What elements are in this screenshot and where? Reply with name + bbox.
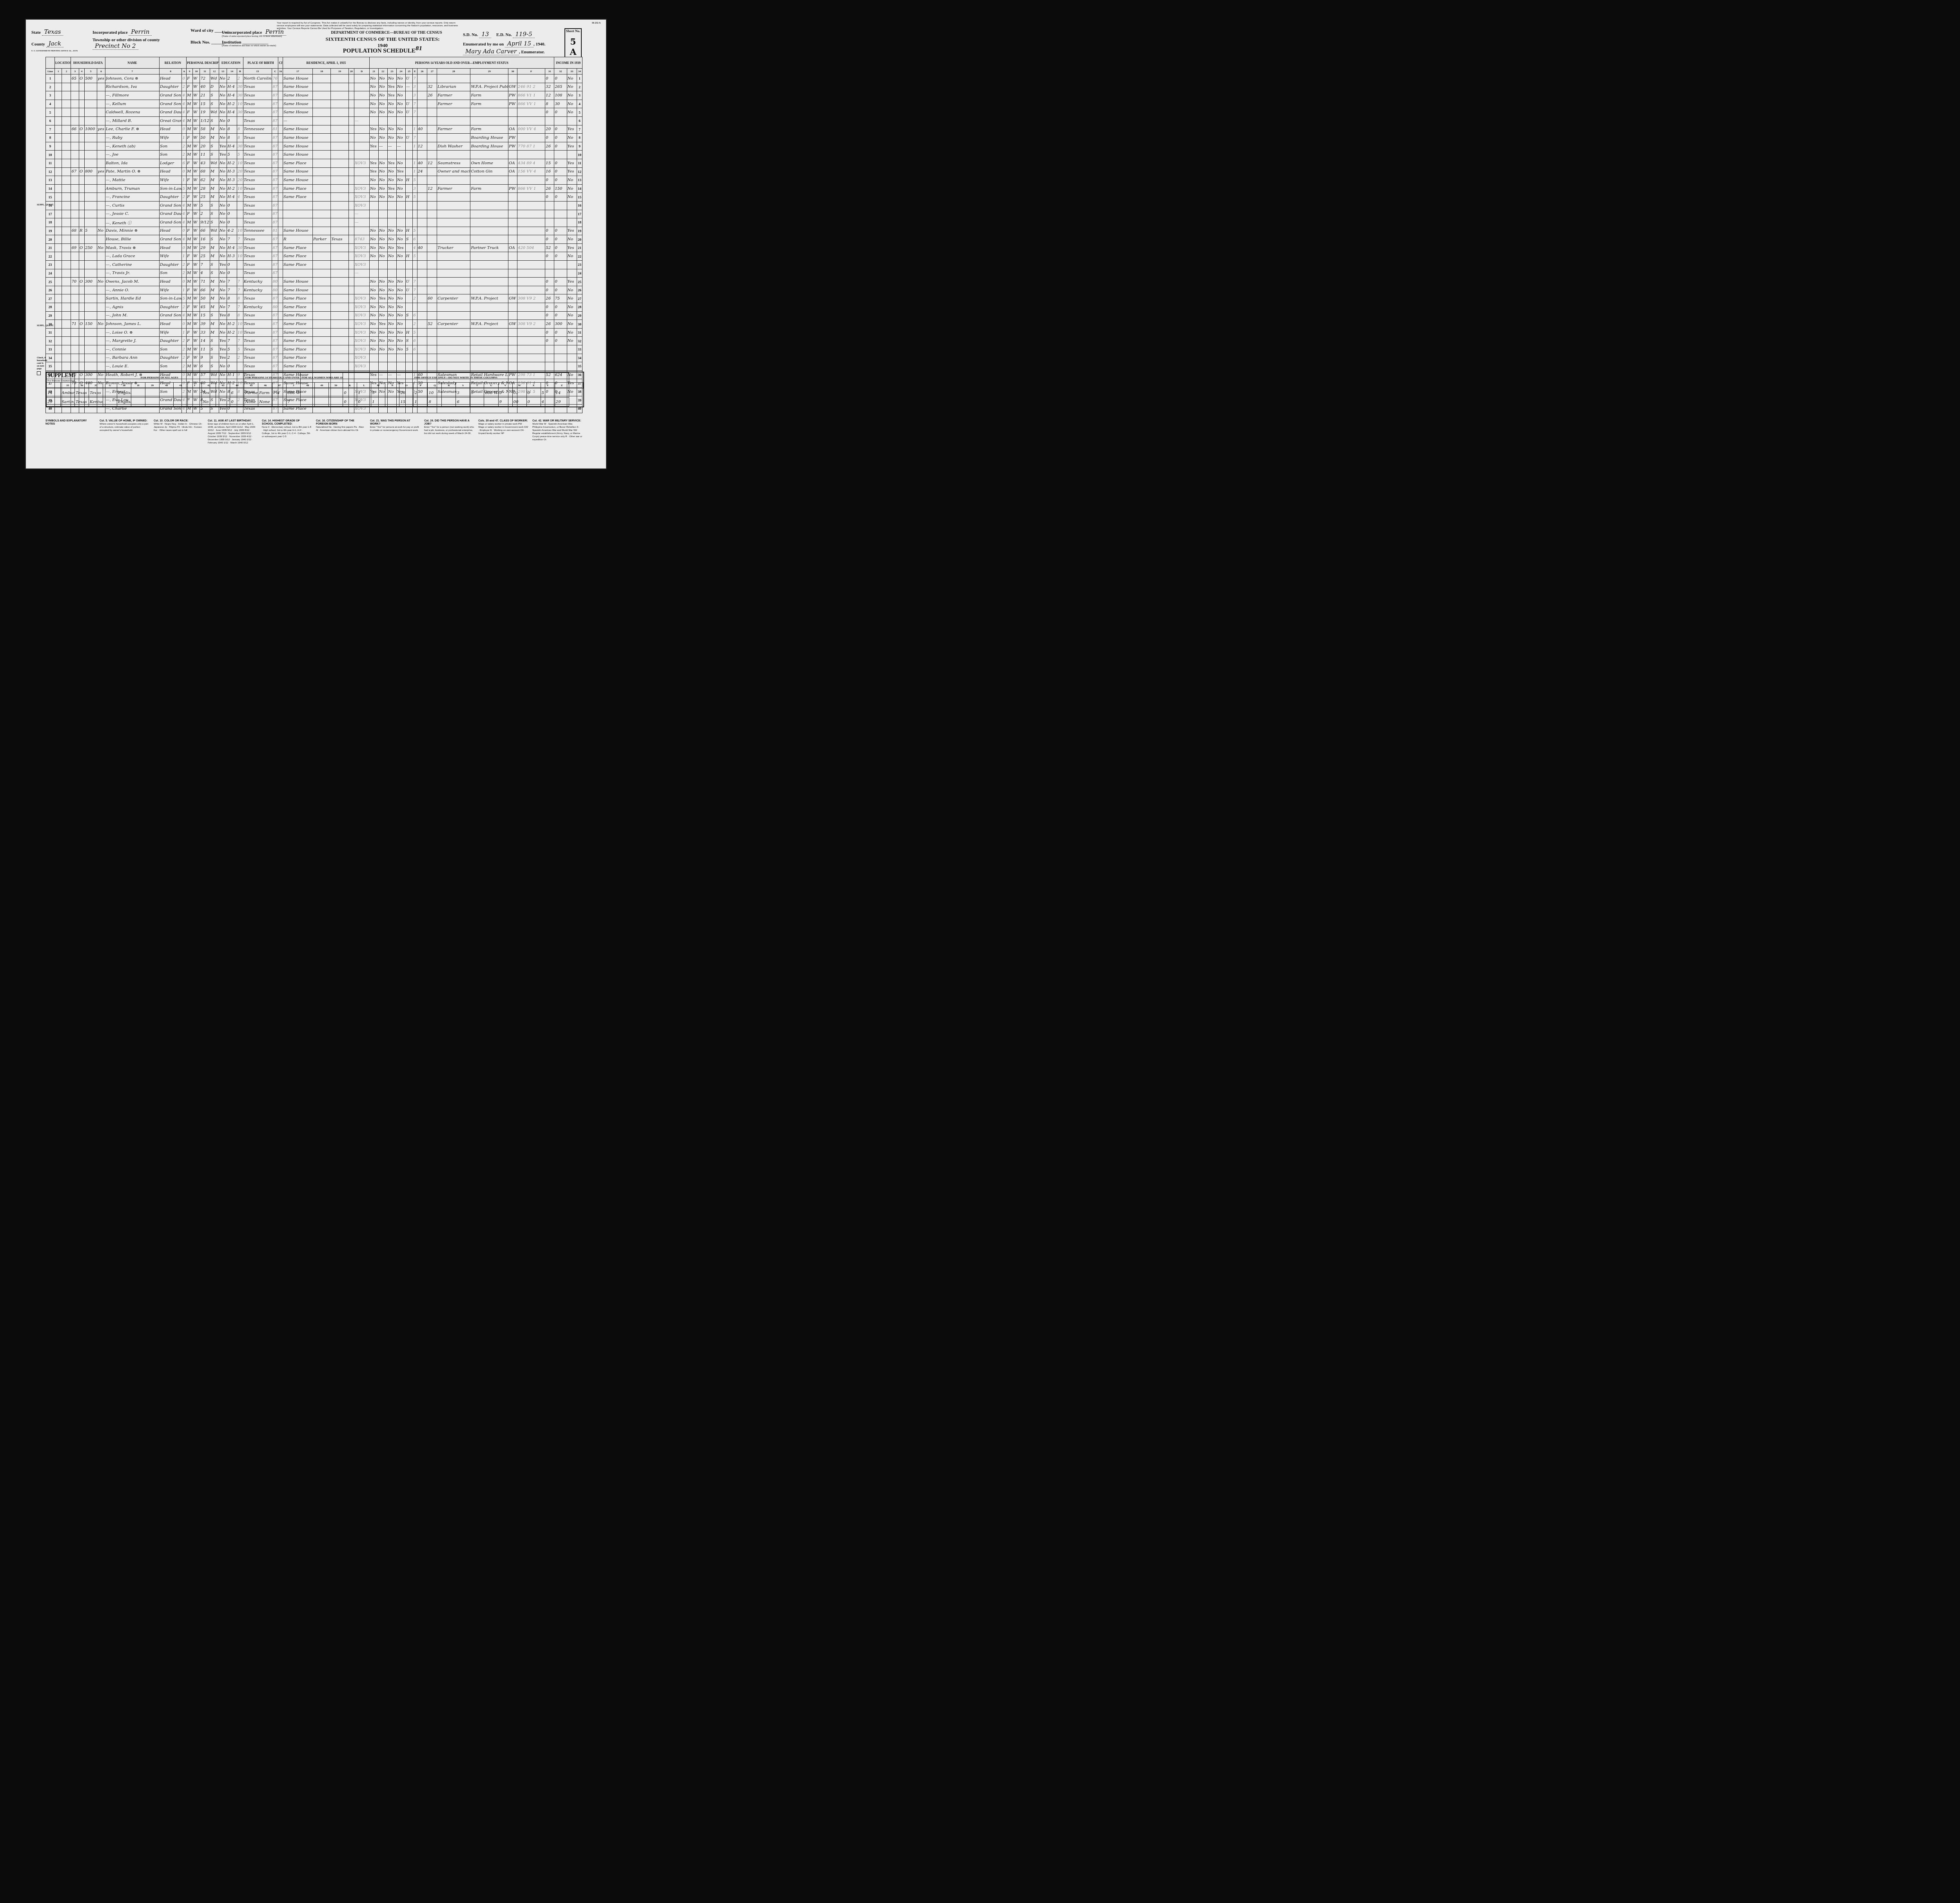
cell-d <box>354 227 369 235</box>
cell-blank <box>55 116 62 125</box>
cell-farm: yes <box>97 74 105 83</box>
cell-f: 000 VV 4 <box>517 125 545 134</box>
cell-e: 1 <box>413 167 417 176</box>
cell-rel: Grand Daughter <box>159 210 182 218</box>
cell-c33: No <box>567 311 577 320</box>
cell-c22: No <box>378 252 387 261</box>
cell-c23: No <box>387 108 396 117</box>
cell-county <box>312 142 330 151</box>
cell-county <box>312 91 330 100</box>
table-row: 31—, Loise O. ⊗Wife1FW33MNoH-210Texas87S… <box>46 328 583 337</box>
cell-c26 <box>417 108 427 117</box>
cell-line: 18 <box>46 218 55 227</box>
cell-b: 20 <box>237 167 243 176</box>
cell-blank <box>278 362 283 371</box>
cell-c21: No <box>369 303 378 312</box>
cell-blank <box>62 269 71 278</box>
cell-name: —, Francine <box>105 193 159 202</box>
cell-b: 30 <box>237 83 243 91</box>
cell-birth: Tennessee <box>243 125 272 134</box>
cell-c32: 0 <box>554 278 567 286</box>
cell-c25: U <box>405 108 412 117</box>
cell-sex: M <box>186 243 192 252</box>
cell-name: —, Loise O. ⊗ <box>105 328 159 337</box>
cell-c21: No <box>369 91 378 100</box>
cell-f: 246 91 2 <box>517 83 545 91</box>
cell-race: W <box>192 261 200 269</box>
cell-mar: S <box>210 201 219 210</box>
cell-blank <box>62 108 71 117</box>
cell-a: 2 <box>182 303 187 312</box>
cell-ind: Farm <box>470 184 508 193</box>
cell-c27 <box>427 337 437 345</box>
cell-farm <box>97 286 105 294</box>
cell-blank <box>278 74 283 83</box>
cell-c31: 0 <box>545 252 554 261</box>
cell-blank <box>62 243 71 252</box>
cell-val <box>84 362 97 371</box>
cell-c32: 0 <box>554 252 567 261</box>
cell-farm: No <box>97 278 105 286</box>
cell-res: Same House <box>283 100 312 108</box>
cell-blank <box>348 345 354 354</box>
cell-c31: 16 <box>545 167 554 176</box>
cell-c25 <box>405 142 412 151</box>
cell-line-right: 22 <box>577 252 582 261</box>
cell-hh: 67 <box>71 167 79 176</box>
cell-c31: 20 <box>545 125 554 134</box>
cell-c22 <box>378 354 387 362</box>
cell-hh <box>71 116 79 125</box>
table-row: 27Sartin, Hardie EdSon-in-Law5MW50MNo88T… <box>46 294 583 303</box>
cell-birth: Kentucky <box>243 303 272 312</box>
cell-c24: No <box>396 193 405 202</box>
cell-hh <box>71 134 79 142</box>
column-number: 15 <box>243 69 272 74</box>
cell-age: 9 <box>200 354 210 362</box>
cell-c33 <box>567 345 577 354</box>
supp-cell <box>385 389 399 398</box>
cell-blank <box>278 218 283 227</box>
cell-rel: Grand Son <box>159 91 182 100</box>
note-block: Cols. 30 and 47. CLASS OF WORKER:Wage or… <box>478 419 528 459</box>
supp-title: SUPPLEMENTARY QUESTIONSFor Persons Enume… <box>47 373 75 383</box>
cell-name: —, Ruby <box>105 134 159 142</box>
cell-farm <box>97 142 105 151</box>
cell-state <box>330 134 348 142</box>
cell-blank <box>62 328 71 337</box>
cell-occ <box>437 345 470 354</box>
cell-sex: F <box>186 303 192 312</box>
column-number: 29 <box>470 69 508 74</box>
cell-rel: Head <box>159 278 182 286</box>
cell-state <box>330 218 348 227</box>
cell-c21: Yes <box>369 167 378 176</box>
cell-line-right: 23 <box>577 261 582 269</box>
cell-c33: Yes <box>567 227 577 235</box>
cell-c23: Yes <box>387 184 396 193</box>
cell-c25: U <box>405 286 412 294</box>
cell-race: W <box>192 201 200 210</box>
cell-line-right: 14 <box>577 184 582 193</box>
cell-ind <box>470 201 508 210</box>
supp-cell: 5 <box>498 389 512 398</box>
cell-state <box>330 151 348 159</box>
cell-occ <box>437 269 470 278</box>
cell-name: Richardson, Iva <box>105 83 159 91</box>
cell-c32 <box>554 151 567 159</box>
cell-line: 29 <box>46 311 55 320</box>
cell-blank <box>55 108 62 117</box>
cell-c27 <box>427 362 437 371</box>
supp-cell: 4 <box>541 398 555 407</box>
cell-d: XOV3 <box>354 345 369 354</box>
cell-c25 <box>405 218 412 227</box>
cell-occ <box>437 278 470 286</box>
cell-occ <box>437 108 470 117</box>
cell-blank <box>62 261 71 269</box>
cell-ind <box>470 328 508 337</box>
supp-column-number: X <box>526 383 541 389</box>
cell-c32 <box>554 261 567 269</box>
cell-c33: No <box>567 303 577 312</box>
cell-line-right: 25 <box>577 278 582 286</box>
cell-c24 <box>396 218 405 227</box>
township-field: Township or other division of county Pre… <box>93 38 187 49</box>
cell-c26 <box>417 252 427 261</box>
cell-blank <box>278 167 283 176</box>
cell-cls <box>508 193 517 202</box>
cell-sex: M <box>186 100 192 108</box>
supp-column-number: S <box>456 383 470 389</box>
cell-rel: Son <box>159 151 182 159</box>
cell-res: Same Place <box>283 261 312 269</box>
supp-cell <box>272 398 287 407</box>
cell-a: 1 <box>182 328 187 337</box>
column-number-header: Line12345678A91011121314B15C1617181920D2… <box>46 69 583 74</box>
cell-c21 <box>369 261 378 269</box>
household-continued-checkbox[interactable]: Check, if household cont'd. on next page <box>37 357 46 375</box>
cell-c25 <box>405 210 412 218</box>
cell-c24: No <box>396 286 405 294</box>
cell-gr: H-4 <box>227 142 237 151</box>
cell-a: 0 <box>182 74 187 83</box>
cell-own <box>79 362 85 371</box>
cell-sex: F <box>186 227 192 235</box>
institution-field: Institution ____________(Name of institu… <box>222 40 276 47</box>
cell-farm <box>97 193 105 202</box>
cell-birth: Texas <box>243 210 272 218</box>
cell-c32: 30 <box>554 100 567 108</box>
cell-blank <box>55 201 62 210</box>
cell-gr: H-4 <box>227 243 237 252</box>
cell-blank <box>348 261 354 269</box>
cell-blank <box>62 125 71 134</box>
group-personal: PERSONAL DESCRIPTION <box>186 57 219 69</box>
cell-own: O <box>79 125 85 134</box>
supp-cell: 9 <box>498 398 512 407</box>
cell-sex: M <box>186 142 192 151</box>
cell-val <box>84 201 97 210</box>
cell-rel: Daughter <box>159 354 182 362</box>
cell-line-right: 13 <box>577 176 582 185</box>
cell-f <box>517 261 545 269</box>
supp-column-number: 45 <box>244 383 258 389</box>
cell-a: 4 <box>182 218 187 227</box>
cell-c24: No <box>396 125 405 134</box>
cell-rel: Son <box>159 345 182 354</box>
supp-cell: 15 <box>399 398 414 407</box>
cell-c27 <box>427 243 437 252</box>
cell-name: House, Billie <box>105 235 159 244</box>
cell-line: 6 <box>46 116 55 125</box>
supp-column-number: 35 <box>61 383 75 389</box>
supp-cell <box>301 398 315 407</box>
cell-cls <box>508 252 517 261</box>
cell-blank <box>278 328 283 337</box>
cell-mar: S <box>210 100 219 108</box>
cell-res: Same House <box>283 134 312 142</box>
cell-mar: S <box>210 345 219 354</box>
cell-occ: Carpenter <box>437 320 470 329</box>
cell-c25: H <box>405 176 412 185</box>
table-row: 8—, RubyWife1FW50MNo88Texas87Same HouseN… <box>46 134 583 142</box>
cell-a: 2 <box>182 83 187 91</box>
cell-gr: H-2 <box>227 159 237 167</box>
cell-blank <box>348 354 354 362</box>
supp-column-number: M <box>371 383 385 389</box>
cell-blank <box>62 151 71 159</box>
cell-birth: Texas <box>243 269 272 278</box>
cell-res: Same Place <box>283 243 312 252</box>
cell-a: 1 <box>182 176 187 185</box>
cell-f <box>517 269 545 278</box>
cell-b: 10 <box>237 328 243 337</box>
group-relation: RELATION <box>159 57 186 69</box>
group-employment: PERSONS 14 YEARS OLD AND OVER—EMPLOYMENT… <box>369 57 554 69</box>
cell-a: 4 <box>182 100 187 108</box>
cell-c32: 0 <box>554 243 567 252</box>
cell-c21: No <box>369 345 378 354</box>
cell-blank <box>348 210 354 218</box>
cell-d: XOV3 <box>354 362 369 371</box>
cell-sex: F <box>186 261 192 269</box>
cell-race: W <box>192 235 200 244</box>
cell-name: —, Barbara Ann <box>105 354 159 362</box>
cell-e: 4 <box>413 243 417 252</box>
cell-c31: 8 <box>545 100 554 108</box>
note-text: Naturalized Na · Having first papers Pa … <box>316 426 364 432</box>
cell-state: Texas <box>330 235 348 244</box>
cell-hh <box>71 354 79 362</box>
cell-b: 8 <box>237 294 243 303</box>
cell-c24: No <box>396 294 405 303</box>
cell-blank <box>348 252 354 261</box>
cell-val: 150 <box>84 320 97 329</box>
cell-c27 <box>427 210 437 218</box>
cell-age: 20 <box>200 142 210 151</box>
cell-sch: No <box>219 227 227 235</box>
cell-b: 8 <box>237 134 243 142</box>
cell-c32: 300 <box>554 320 567 329</box>
cell-sex: M <box>186 167 192 176</box>
cell-rel: Head <box>159 125 182 134</box>
column-number: 9 <box>186 69 192 74</box>
cell-d <box>354 134 369 142</box>
cell-blank <box>348 176 354 185</box>
table-row: 2570O300NoOwens, Jacob M.Head0MW71MNo77K… <box>46 278 583 286</box>
cell-age: 66 <box>200 227 210 235</box>
cell-rel: Head <box>159 243 182 252</box>
note-block: Col. 42. WAR OR MILITARY SERVICE:World W… <box>532 419 583 459</box>
cell-b: 8 <box>237 125 243 134</box>
cell-d: — <box>354 218 369 227</box>
cell-e: 6 <box>413 337 417 345</box>
cell-sch: No <box>219 176 227 185</box>
cell-f <box>517 252 545 261</box>
cell-c32 <box>554 201 567 210</box>
cell-ind <box>470 108 508 117</box>
cell-a: 2 <box>182 354 187 362</box>
cell-b: 30 <box>237 142 243 151</box>
cell-b: 7 <box>237 286 243 294</box>
cell-ind: W.P.A. Project <box>470 294 508 303</box>
cell-b: 2 <box>237 354 243 362</box>
cell-name: Mask, Travis ⊗ <box>105 243 159 252</box>
cell-gr: H-3 <box>227 252 237 261</box>
supp-cell: 1 <box>357 389 371 398</box>
cell-c27 <box>427 252 437 261</box>
cell-c25 <box>405 362 412 371</box>
cell-c27 <box>427 134 437 142</box>
cell-val <box>84 142 97 151</box>
cell-e: 1 <box>413 159 417 167</box>
cell-c33: No <box>567 193 577 202</box>
cell-state <box>330 328 348 337</box>
cell-cls: OA <box>508 159 517 167</box>
cell-name: —, Millard B. <box>105 116 159 125</box>
cell-c26 <box>417 193 427 202</box>
cell-county <box>312 176 330 185</box>
cell-c21: Yes <box>369 142 378 151</box>
cell-res: Same House <box>283 91 312 100</box>
cell-mar: D <box>210 83 219 91</box>
cell-ind: Cotton Gin <box>470 167 508 176</box>
cell-c24 <box>396 354 405 362</box>
cell-res: Same House <box>283 108 312 117</box>
cell-c27: 12 <box>427 159 437 167</box>
supp-cell: 29 <box>47 398 61 407</box>
cell-c23: No <box>387 167 396 176</box>
cell-cls <box>508 74 517 83</box>
supp-cell <box>103 389 117 398</box>
cell-mar: S <box>210 91 219 100</box>
cell-sex: M <box>186 311 192 320</box>
cell-c: 87 <box>272 167 278 176</box>
supp-cell: 1 <box>371 398 385 407</box>
supp-cell: English <box>117 389 131 398</box>
cell-c25: S <box>405 311 412 320</box>
cell-age: 66 <box>200 286 210 294</box>
cell-ind <box>470 235 508 244</box>
column-number: C <box>272 69 278 74</box>
cell-state <box>330 142 348 151</box>
cell-sch: No <box>219 278 227 286</box>
cell-c21: No <box>369 227 378 235</box>
cell-e <box>413 261 417 269</box>
cell-rel: Daughter <box>159 303 182 312</box>
cell-c23: No <box>387 243 396 252</box>
cell-cls <box>508 227 517 235</box>
cell-c24: No <box>396 100 405 108</box>
cell-race: W <box>192 91 200 100</box>
cell-c: 87 <box>272 176 278 185</box>
cell-blank <box>278 134 283 142</box>
cell-own <box>79 252 85 261</box>
cell-blank <box>278 303 283 312</box>
cell-farm: No <box>97 243 105 252</box>
cell-sch: Yes <box>219 337 227 345</box>
supp-column-number: 46 <box>258 383 272 389</box>
cell-c24 <box>396 116 405 125</box>
cell-c24: No <box>396 227 405 235</box>
cell-c22: No <box>378 193 387 202</box>
cell-blank <box>55 235 62 244</box>
cell-d <box>354 286 369 294</box>
cell-line: 10 <box>46 151 55 159</box>
cell-blank <box>62 345 71 354</box>
cell-val <box>84 176 97 185</box>
cell-blank <box>348 142 354 151</box>
cell-a: 0 <box>182 243 187 252</box>
cell-c: 87 <box>272 337 278 345</box>
cell-age: 7 <box>200 261 210 269</box>
table-row: 3071O150NoJohnson, James L.Head0MW39MNoH… <box>46 320 583 329</box>
cell-birth: Texas <box>243 184 272 193</box>
sheet-number: 5 A <box>565 37 581 57</box>
cell-cls <box>508 286 517 294</box>
cell-sch: Yes <box>219 142 227 151</box>
supp-cell <box>216 389 230 398</box>
supp-cell <box>315 389 329 398</box>
cell-race: W <box>192 320 200 329</box>
cell-c31 <box>545 261 554 269</box>
cell-farm <box>97 269 105 278</box>
cell-d <box>354 83 369 91</box>
cell-e: 5 <box>413 193 417 202</box>
cell-state <box>330 345 348 354</box>
cell-f <box>517 278 545 286</box>
cell-line-right: 20 <box>577 235 582 244</box>
cell-ind <box>470 286 508 294</box>
supp-column-number <box>569 383 583 389</box>
cell-mar: S <box>210 311 219 320</box>
cell-own <box>79 83 85 91</box>
supp-column-number: 48 <box>301 383 315 389</box>
cell-blank <box>55 91 62 100</box>
table-row: 32—, Margrette J.Daughter2FW14SYes77Texa… <box>46 337 583 345</box>
cell-res: R <box>283 235 312 244</box>
supp-cell: 6 <box>230 389 244 398</box>
cell-res: — <box>283 116 312 125</box>
column-number: 13 <box>219 69 227 74</box>
note-text: None 0 · Elementary school, 1st to 8th y… <box>262 426 311 438</box>
cell-birth: Texas <box>243 134 272 142</box>
cell-res: Same Place <box>283 362 312 371</box>
cell-blank <box>55 354 62 362</box>
cell-county <box>312 303 330 312</box>
column-number: 25 <box>405 69 412 74</box>
